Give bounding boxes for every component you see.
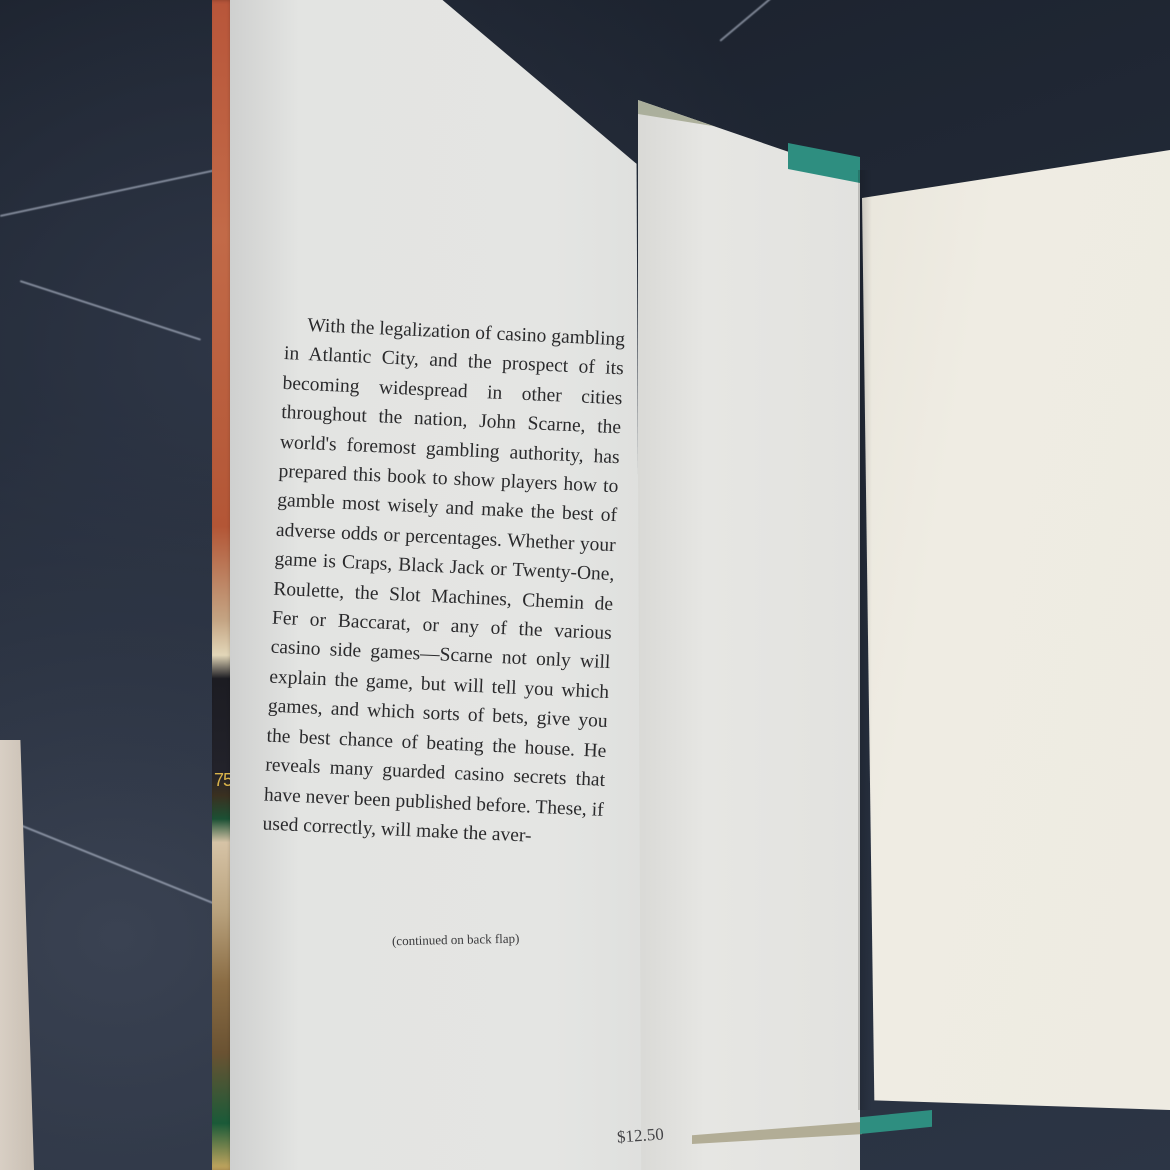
jacket-inner-fold — [638, 100, 860, 1170]
price-label: $12.50 — [616, 1124, 664, 1147]
book-endpaper — [862, 150, 1170, 1110]
blurb-text: With the legalization of casino gambling… — [262, 310, 626, 854]
fold-shadow — [858, 170, 872, 1110]
spine-number: 75 — [214, 770, 232, 791]
continued-note: (continued on back flap) — [392, 931, 520, 950]
flap-blurb: With the legalization of casino gambling… — [262, 310, 626, 854]
